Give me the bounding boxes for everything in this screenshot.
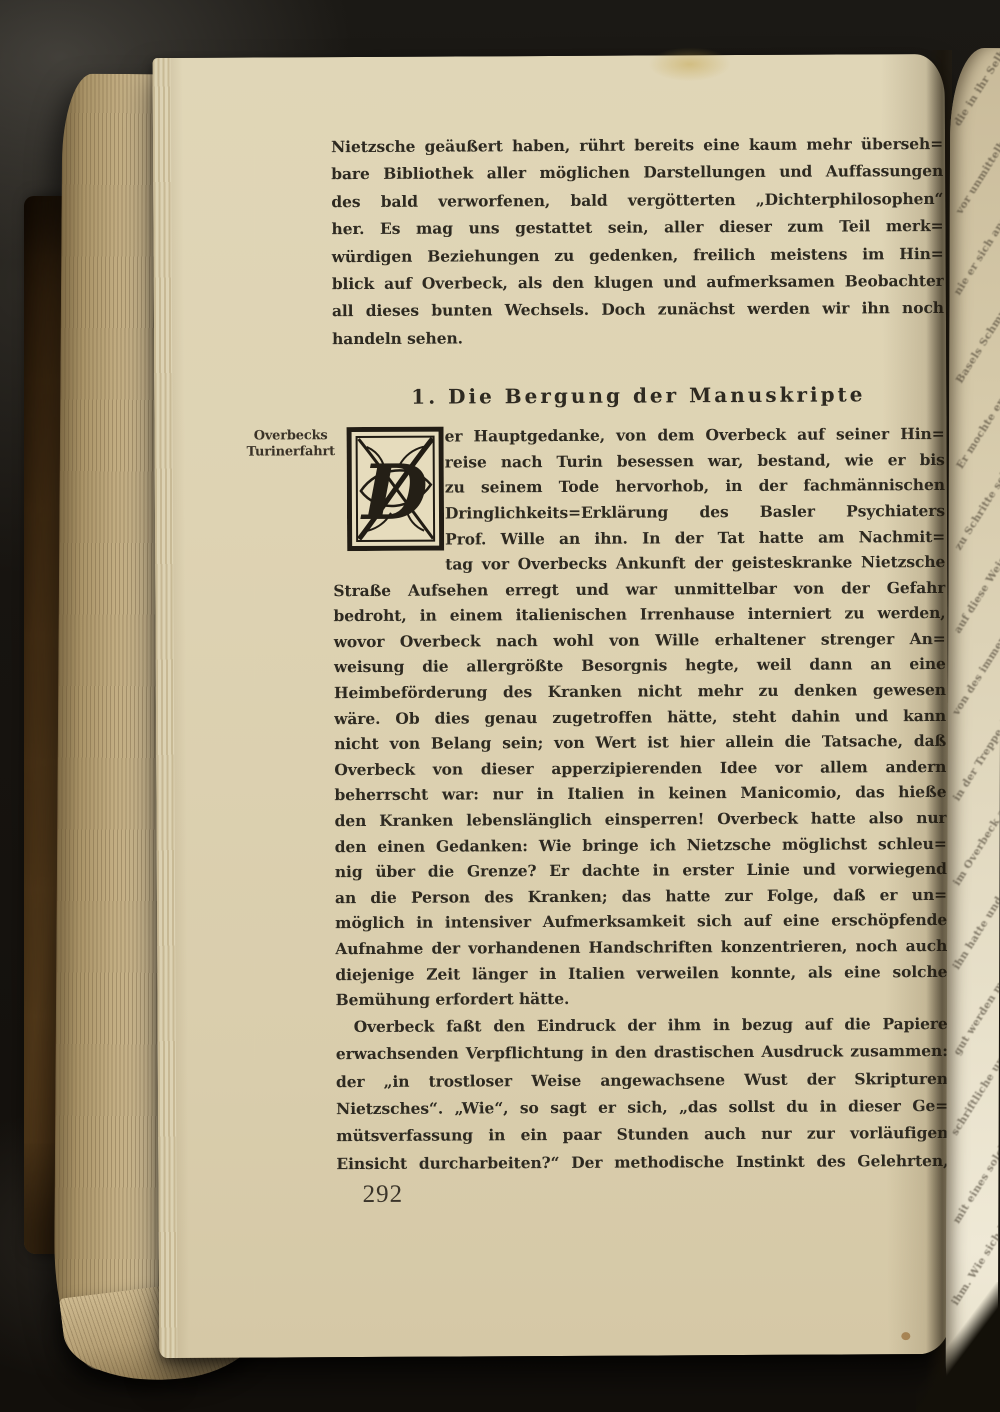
facing-page-curled-edge: die in ihr Selbvor unmittelbarnie er sic…	[946, 48, 1000, 1412]
facing-page-text-fragment: ihn hatte und n	[951, 884, 1000, 971]
paragraph-3: Overbeck faßt den Eindruck der ihm in be…	[336, 1010, 949, 1178]
text-line: Nietzsche geäußert haben, rührt bereits …	[331, 130, 943, 161]
text-line: Nietzsches“. „Wie“, so sagt er sich, „da…	[336, 1092, 948, 1123]
text-line: her. Es mag uns gestattet sein, aller di…	[331, 212, 943, 243]
text-line: den Kranken lebenslänglich einsperren! O…	[335, 805, 947, 834]
text-line: Overbeck faßt den Eindruck der ihm in be…	[336, 1010, 948, 1041]
paper-stain-top	[649, 47, 731, 81]
text-line: bedroht, in einem italienischen Irrenhau…	[333, 600, 945, 629]
text-line: mütsverfassung in ein paar Stunden auch …	[336, 1119, 948, 1150]
facing-page-text-fragment: von des immer	[950, 635, 1000, 718]
drop-cap-woodcut-frame: D	[347, 427, 445, 552]
facing-page-text-fragment: zu Schritte sein	[952, 464, 1000, 553]
facing-page-text-fragment: vor unmittelbar	[954, 128, 1000, 217]
text-line: nicht von Belang sein; von Wert ist hier…	[334, 728, 946, 757]
facing-page-text-fragment: nie er sich ans	[952, 215, 1000, 298]
text-line: Overbeck von dieser apperzipierenden Ide…	[334, 754, 946, 783]
text-line: des bald verworfenen, bald vergötterten …	[331, 185, 943, 216]
text-line: weisung die allergrößte Besorgnis hegte,…	[334, 651, 946, 680]
paragraph-2: D er Hauptgedanke, von dem Overbeck auf …	[333, 421, 948, 1013]
facing-page-text-fragment: mit eines solche	[951, 1134, 1000, 1226]
drop-cap-letter: D	[360, 448, 428, 537]
margin-note-line-1: Overbecks	[247, 428, 335, 444]
drop-cap-ornament: D	[333, 424, 446, 553]
text-line: er Hauptgedanke, von dem Overbeck auf se…	[445, 421, 945, 449]
text-line: den einen Gedanken: Wie bringe ich Nietz…	[335, 831, 947, 860]
text-line: beherrscht war: nur in Italien in keinen…	[334, 779, 946, 808]
text-line: Aufnahme der vorhandenen Handschriften k…	[335, 933, 947, 962]
text-line: blick auf Overbeck, als den klugen und a…	[332, 267, 944, 298]
text-line: diejenige Zeit länger in Italien verweil…	[335, 959, 947, 988]
text-line: möglich in intensiver Aufmerksamkeit sic…	[335, 907, 947, 936]
facing-page-text-fragment: gut werden man	[951, 967, 1000, 1058]
text-line: wäre. Ob dies genau zugetroffen hätte, s…	[334, 703, 946, 732]
page-number: 292	[362, 1181, 403, 1209]
text-line: nig über die Grenze? Er dachte in erster…	[335, 856, 947, 885]
facing-page-text-fragment: schriftliche un	[949, 1054, 1000, 1137]
text-line: Straße Aufsehen erregt und war unmittelb…	[333, 575, 945, 604]
text-line: tag vor Overbecks Ankunft der geisteskra…	[445, 549, 945, 577]
text-line: all dieses bunten Wechsels. Doch zunächs…	[332, 294, 944, 325]
text-line: zu seinem Tode hervorhob, in der fachmän…	[445, 472, 945, 500]
section-heading: 1. Die Bergung der Manuskripte	[332, 379, 944, 412]
text-line: Dringlichkeits=Erklärung des Basler Psyc…	[445, 498, 945, 526]
text-line: der „in trostloser Weise angewachsene Wu…	[336, 1064, 948, 1095]
page-text-block: Nietzsche geäußert haben, rührt bereits …	[331, 130, 948, 1177]
text-line: Bemühung erfordert hätte.	[335, 984, 947, 1013]
text-line: Einsicht durcharbeiten?“ Der methodische…	[336, 1147, 948, 1178]
bottom-right-shadow-corner	[916, 1282, 1000, 1412]
text-line: würdigen Beziehungen zu gedenken, freili…	[332, 240, 944, 271]
text-line: erwachsenden Verpflichtung in den drasti…	[336, 1037, 948, 1068]
text-line: handeln sehen.	[332, 322, 944, 353]
text-line: reise nach Turin besessen war, bestand, …	[445, 447, 945, 475]
text-line: an die Person des Kranken; das hatte zur…	[335, 882, 947, 911]
margin-note-line-2: Turinerfahrt	[247, 444, 335, 460]
text-line: Prof. Wille an ihn. In der Tat hatte am …	[445, 523, 945, 551]
paragraph-1: Nietzsche geäußert haben, rührt bereits …	[331, 130, 944, 352]
text-line: bare Bibliothek aller möglichen Darstell…	[331, 157, 943, 188]
text-line: Heimbeförderung des Kranken nicht mehr z…	[334, 677, 946, 706]
facing-page-text-fragment: in der Treppe d	[951, 717, 1000, 803]
open-book-page: Overbecks Turinerfahrt Nietzsche geäußer…	[153, 54, 952, 1358]
facing-page-text-fragment: im Overbeck an	[951, 800, 1000, 888]
margin-note: Overbecks Turinerfahrt	[247, 428, 335, 460]
facing-page-text-fragment: Basels Schmuck	[954, 295, 1000, 386]
text-line: wovor Overbeck nach wohl von Wille erhal…	[334, 626, 946, 655]
paper-stain-dot	[901, 1332, 910, 1340]
facing-page-text-fragment: auf diese Weise	[952, 548, 1000, 635]
facing-page-text-fragment: Er mochte erst n	[954, 377, 1000, 471]
